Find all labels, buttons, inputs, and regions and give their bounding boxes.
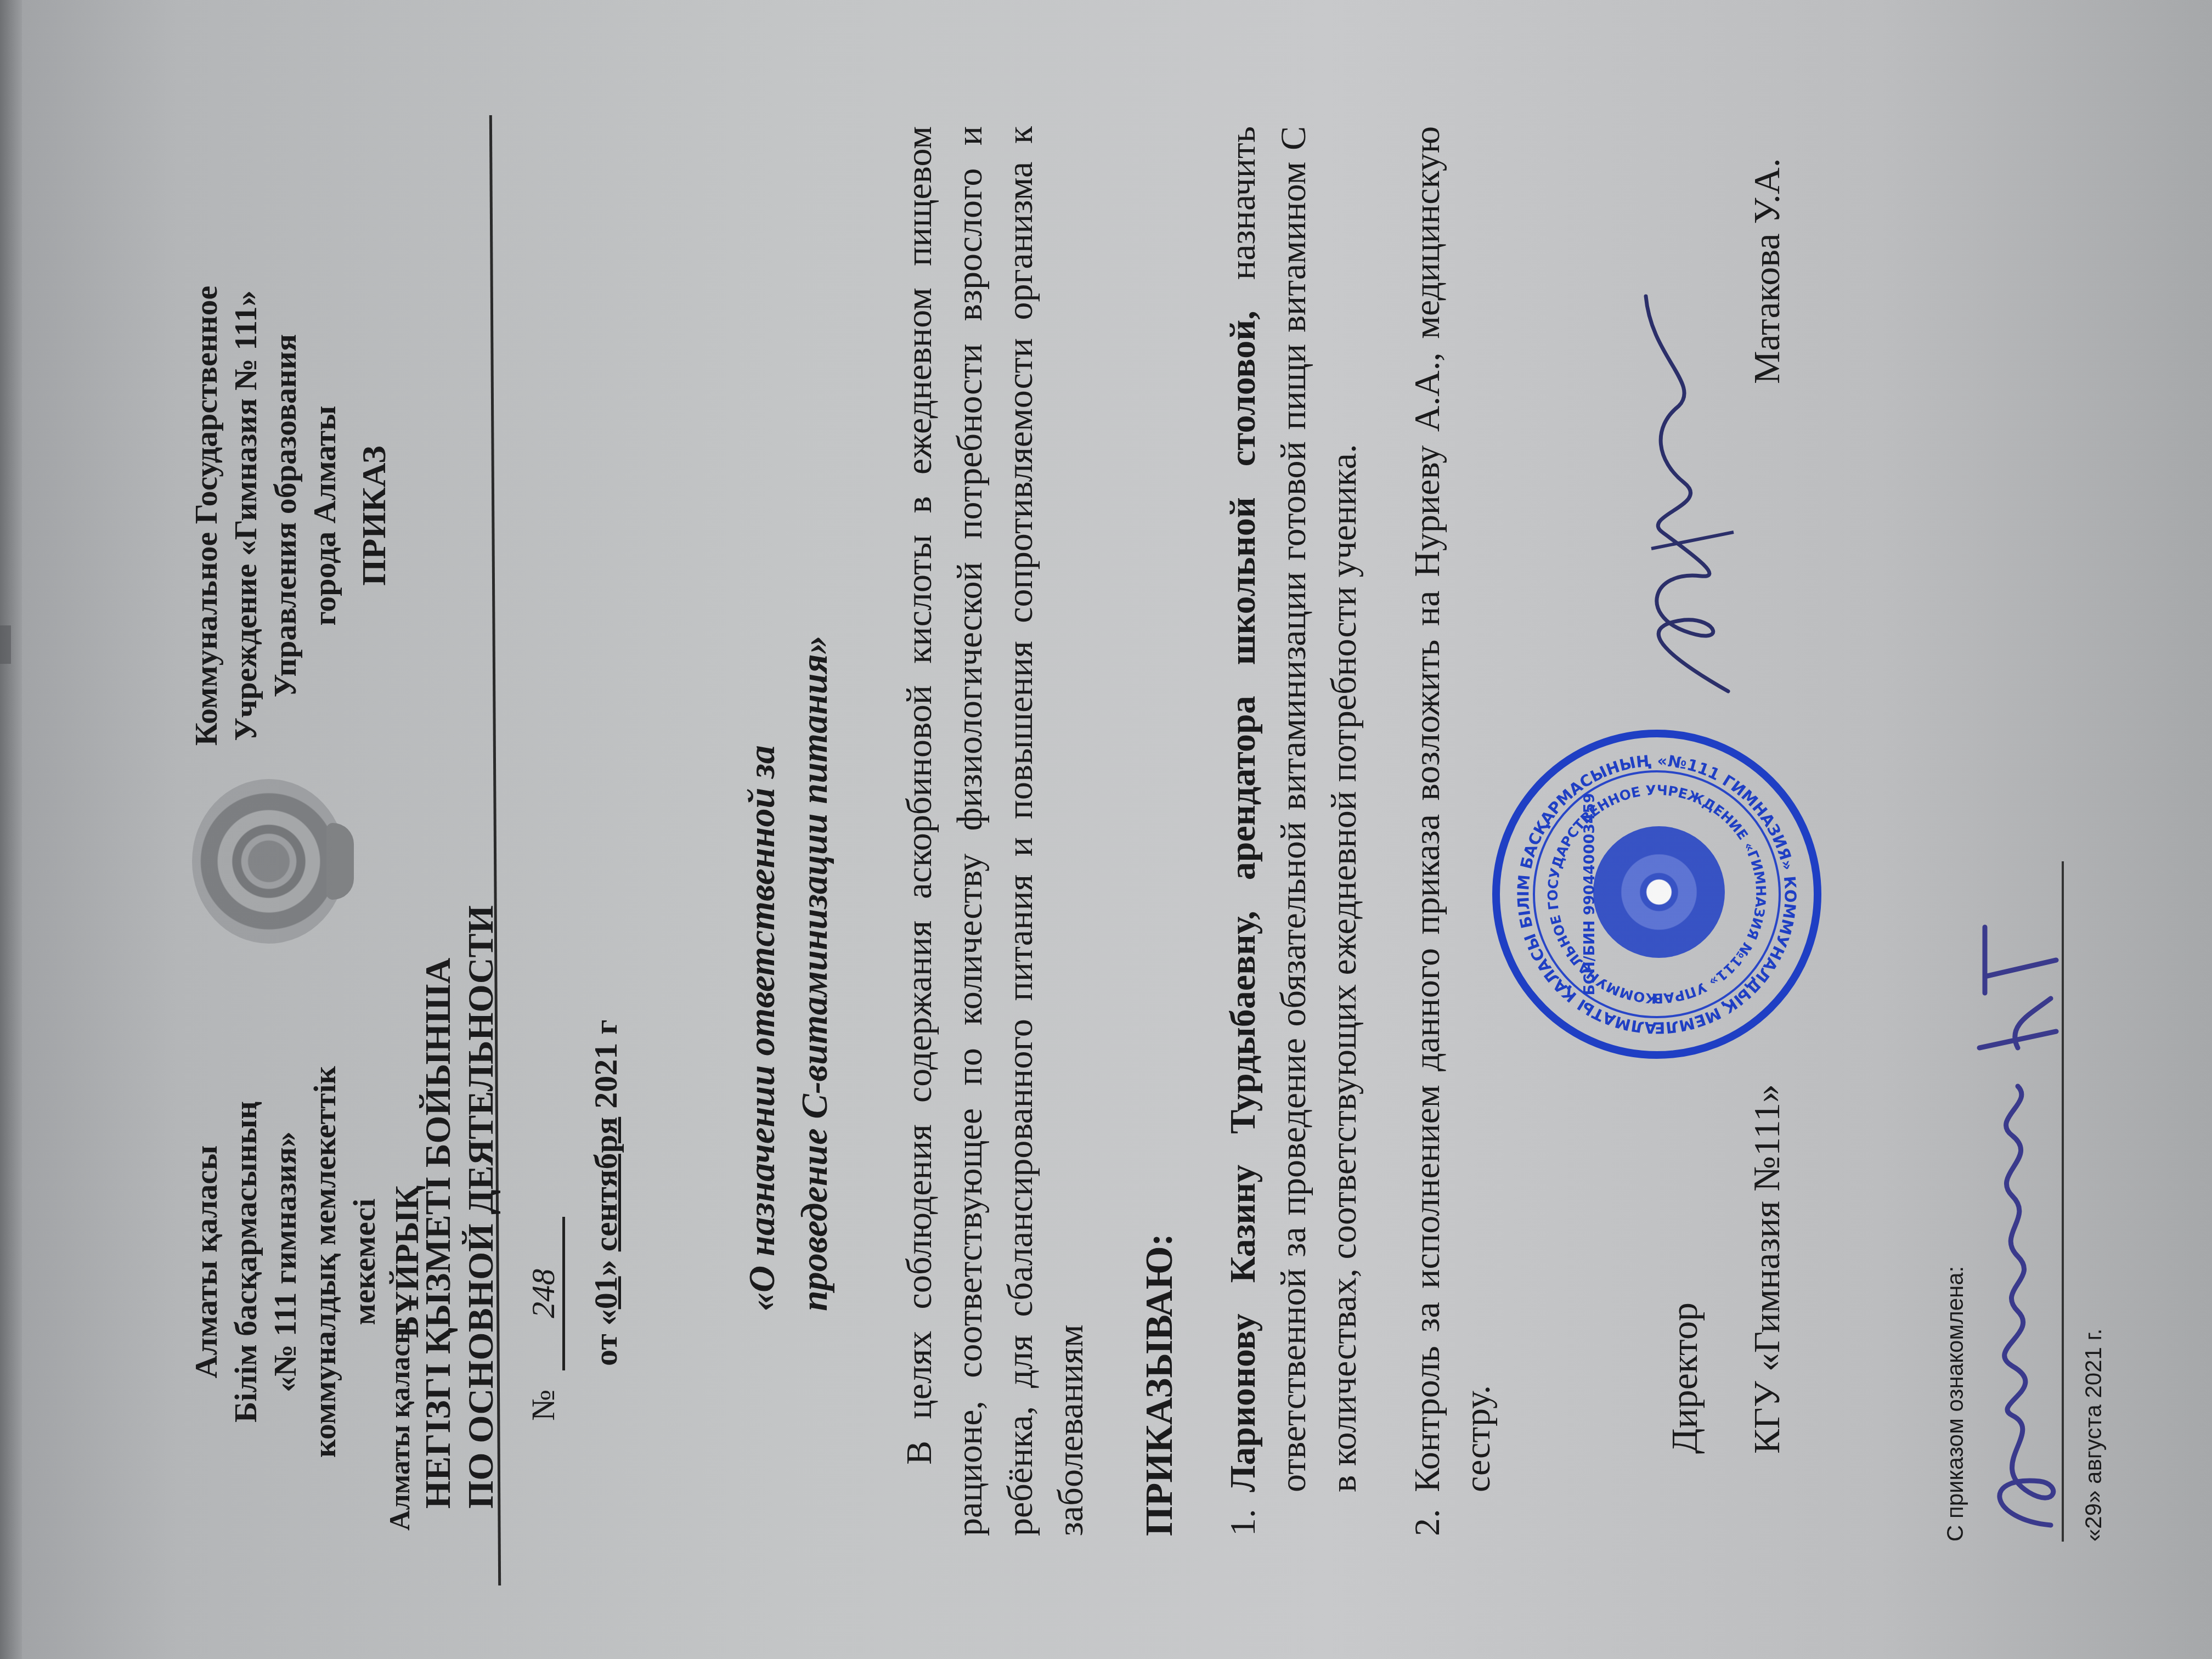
header-ru-line: города Алматы <box>305 214 345 817</box>
item-bold-text: Ларионову Казину Турдыбаевну, арендатора… <box>1223 311 1263 1492</box>
binder-edge <box>0 0 22 1659</box>
header-kz-line: «№ 111 гимназия» <box>266 988 305 1536</box>
underlying-sheet-mark <box>0 625 11 664</box>
subject-line-2: проведение С-витаминизации питания» <box>788 379 840 1311</box>
preamble: В целях соблюдения содержания аскорбинов… <box>894 126 1096 1536</box>
date-year: 2021 г <box>588 1020 624 1117</box>
item-number: 2. <box>1402 1509 1453 1537</box>
header-kz-line: коммуналдық мемлекеттік <box>305 988 345 1536</box>
order-document: Алматы қаласы Білім басқармасының «№ 111… <box>55 49 2172 1618</box>
order-number-value: 248 <box>524 1217 565 1370</box>
header-ru-line: Коммунальное Государственное <box>187 214 226 817</box>
signatory-title: Директор <box>1657 1302 1712 1454</box>
date-prefix: от « <box>588 1309 624 1366</box>
acknowledgement-signature <box>1968 861 2064 1542</box>
order-item: 2. Контроль за исполнением данного прика… <box>1402 126 1503 1536</box>
date-month: сентября <box>588 1117 624 1252</box>
item-number: 1. <box>1218 1509 1268 1537</box>
handwritten-signature-icon <box>1946 828 2078 1542</box>
header-kz-line: Алматы қаласы <box>187 988 226 1536</box>
order-body: В целях соблюдения содержания аскорбинов… <box>894 126 1503 1536</box>
header-kz-line: мекемесі <box>345 988 384 1536</box>
header-russian: Коммунальное Государственное Учреждение … <box>187 214 394 817</box>
date-mid: » <box>588 1251 624 1276</box>
order-info: Алматы қаласы НЕГІЗГІ ҚЫЗМЕТІ БОЙЫНША ПО… <box>384 763 625 1531</box>
stamp-emblem-icon <box>1593 826 1725 958</box>
subject-line-1: «О назначении ответственной за <box>735 379 788 1311</box>
header-ru-line: Учреждение «Гимназия № 111» <box>226 214 266 817</box>
order-city: Алматы қаласы <box>384 763 417 1531</box>
header-kz-line: Білім басқармасының <box>226 988 266 1536</box>
order-item: 1. Ларионову Казину Турдыбаевну, арендат… <box>1218 126 1369 1536</box>
order-subject: «О назначении ответственной за проведени… <box>735 379 840 1311</box>
official-stamp: АЛМАТЫ ҚАЛАСЫ БІЛІМ БАСҚАРМАСЫНЫҢ «№111 … <box>1492 730 1821 1059</box>
order-number: № 248 <box>524 763 565 1531</box>
order-date: от «01» сентября 2021 г <box>587 763 625 1531</box>
order-number-prefix: № <box>525 1390 561 1421</box>
signatory-org: КГУ «Гимназия №111» <box>1739 1084 1794 1454</box>
header-ru-line: Управления образования <box>266 214 305 817</box>
acknowledgement: С приказом ознакомлена: «29» августа 202… <box>1942 719 2107 1542</box>
director-signature-icon <box>1618 274 1761 713</box>
date-day: 01 <box>588 1276 624 1309</box>
header-title-ru: ПРИКАЗ <box>354 214 394 817</box>
order-type-kz: НЕГІЗГІ ҚЫЗМЕТІ БОЙЫНША <box>417 763 460 1531</box>
acknowledgement-date: «29» августа 2021 г. <box>2080 719 2107 1542</box>
item-text: Контроль за исполнением данного приказа … <box>1407 126 1498 1492</box>
orders-heading: ПРИКАЗЫВАЮ: <box>1135 126 1185 1536</box>
order-type-ru: ПО ОСНОВНОЙ ДЕЯТЕЛЬНОСТИ <box>460 763 503 1531</box>
